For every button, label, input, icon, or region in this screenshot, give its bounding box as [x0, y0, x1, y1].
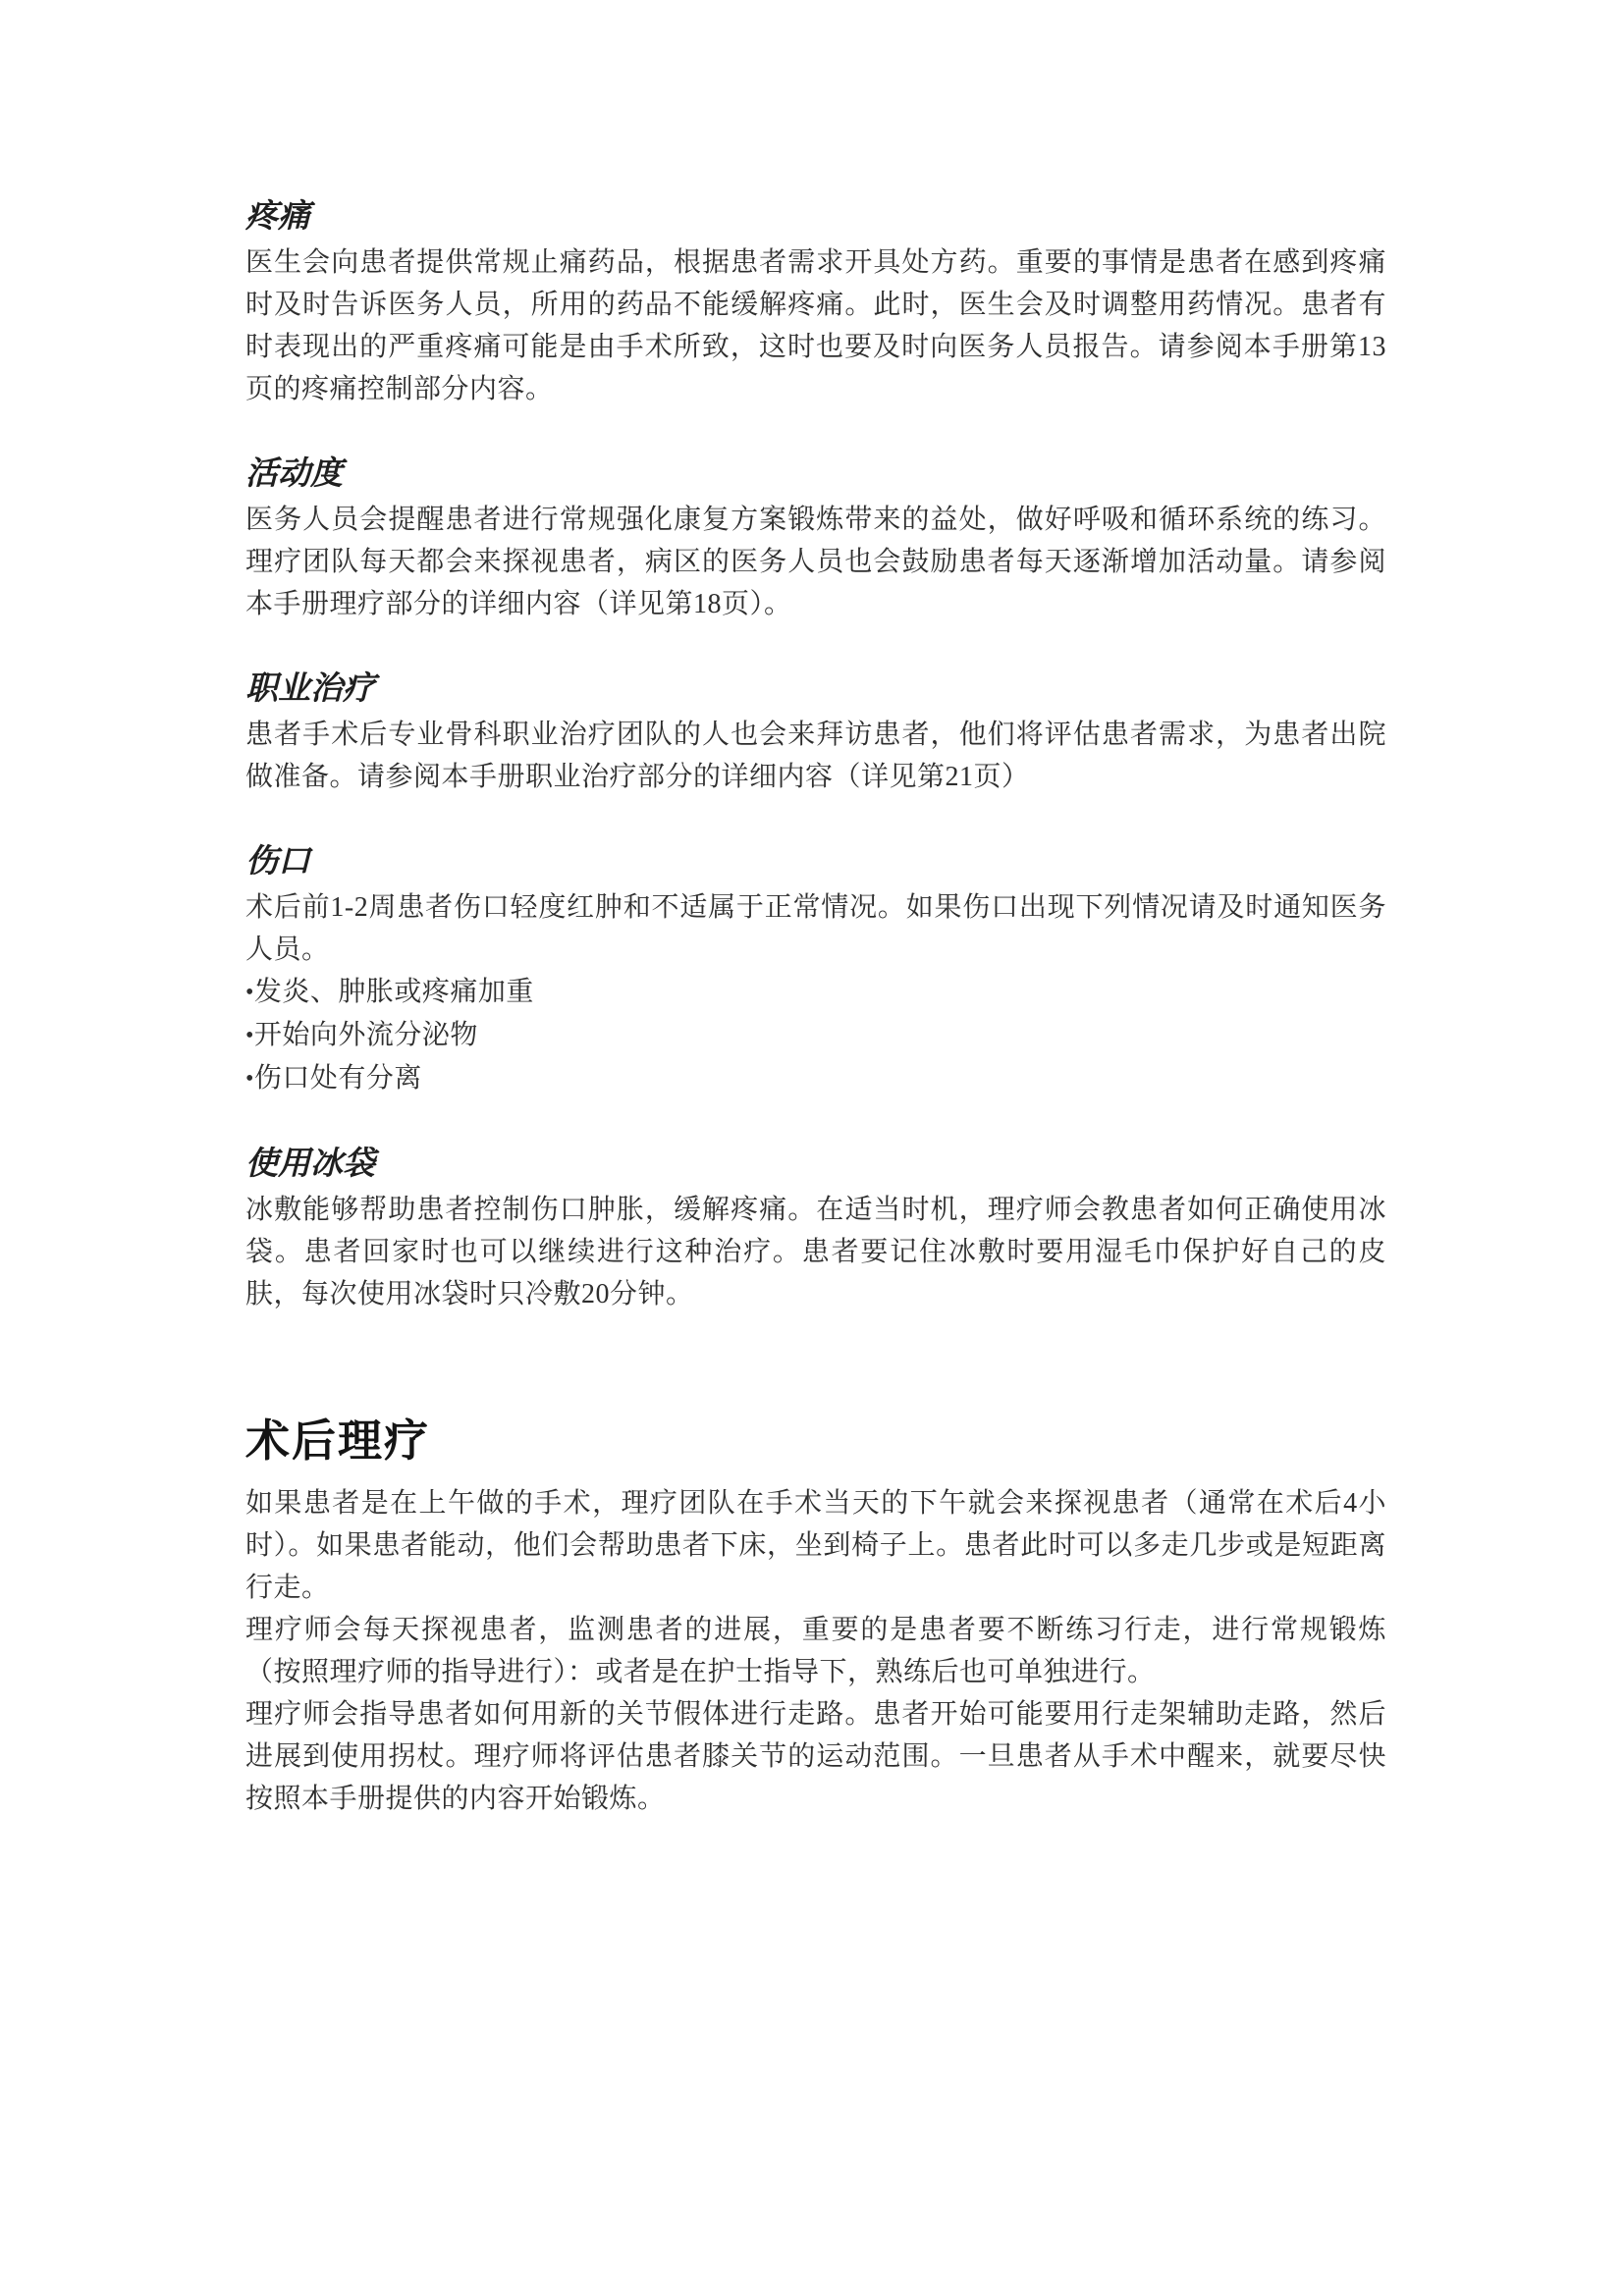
- paragraph: 如果患者是在上午做的手术，理疗团队在手术当天的下午就会来探视患者（通常在术后4小…: [245, 1482, 1386, 1609]
- paragraph: 医生会向患者提供常规止痛药品，根据患者需求开具处方药。重要的事情是患者在感到疼痛…: [245, 241, 1386, 410]
- main-paragraphs: 如果患者是在上午做的手术，理疗团队在手术当天的下午就会来探视患者（通常在术后4小…: [245, 1482, 1386, 1820]
- section-heading-pain: 疼痛: [245, 196, 1386, 236]
- section-heading-activity: 活动度: [245, 454, 1386, 493]
- section-occupational-therapy: 职业治疗 患者手术后专业骨科职业治疗团队的人也会来拜访患者，他们将评估患者需求，…: [245, 668, 1386, 798]
- section-heading-wound: 伤口: [245, 841, 1386, 881]
- bullet-text: 发炎、肿胀或疼痛加重: [254, 977, 534, 1007]
- paragraph: 医务人员会提醒患者进行常规强化康复方案锻炼带来的益处，做好呼吸和循环系统的练习。…: [245, 499, 1386, 625]
- paragraph: 理疗师会每天探视患者，监测患者的进展，重要的是患者要不断练习行走，进行常规锻炼（…: [245, 1609, 1386, 1693]
- section-wound: 伤口 术后前1-2周患者伤口轻度红肿和不适属于正常情况。如果伤口出现下列情况请及…: [245, 841, 1386, 1100]
- section-pain: 疼痛 医生会向患者提供常规止痛药品，根据患者需求开具处方药。重要的事情是患者在感…: [245, 196, 1386, 410]
- section-activity: 活动度 医务人员会提醒患者进行常规强化康复方案锻炼带来的益处，做好呼吸和循环系统…: [245, 454, 1386, 625]
- paragraph: 理疗师会指导患者如何用新的关节假体进行走路。患者开始可能要用行走架辅助走路，然后…: [245, 1693, 1386, 1820]
- main-heading-post-op-physiotherapy: 术后理疗: [245, 1414, 1386, 1468]
- section-heading-occupational-therapy: 职业治疗: [245, 668, 1386, 708]
- section-post-op-physiotherapy: 术后理疗 如果患者是在上午做的手术，理疗团队在手术当天的下午就会来探视患者（通常…: [245, 1414, 1386, 1820]
- document-page: 疼痛 医生会向患者提供常规止痛药品，根据患者需求开具处方药。重要的事情是患者在感…: [0, 0, 1624, 2296]
- bullet-dot-icon: •: [245, 1058, 254, 1100]
- bullet-text: 开始向外流分泌物: [254, 1020, 478, 1050]
- section-ice-pack: 使用冰袋 冰敷能够帮助患者控制伤口肿胀，缓解疼痛。在适当时机，理疗师会教患者如何…: [245, 1144, 1386, 1315]
- bullet-dot-icon: •: [245, 1015, 254, 1057]
- bullet-item: •开始向外流分泌物: [245, 1014, 1386, 1057]
- bullet-dot-icon: •: [245, 972, 254, 1014]
- bullet-text: 伤口处有分离: [254, 1063, 422, 1094]
- section-heading-ice-pack: 使用冰袋: [245, 1144, 1386, 1183]
- bullet-item: •发炎、肿胀或疼痛加重: [245, 971, 1386, 1014]
- paragraph: 冰敷能够帮助患者控制伤口肿胀，缓解疼痛。在适当时机，理疗师会教患者如何正确使用冰…: [245, 1189, 1386, 1315]
- paragraph: 患者手术后专业骨科职业治疗团队的人也会来拜访患者，他们将评估患者需求，为患者出院…: [245, 714, 1386, 798]
- paragraph: 术后前1-2周患者伤口轻度红肿和不适属于正常情况。如果伤口出现下列情况请及时通知…: [245, 886, 1386, 971]
- bullet-item: •伤口处有分离: [245, 1057, 1386, 1100]
